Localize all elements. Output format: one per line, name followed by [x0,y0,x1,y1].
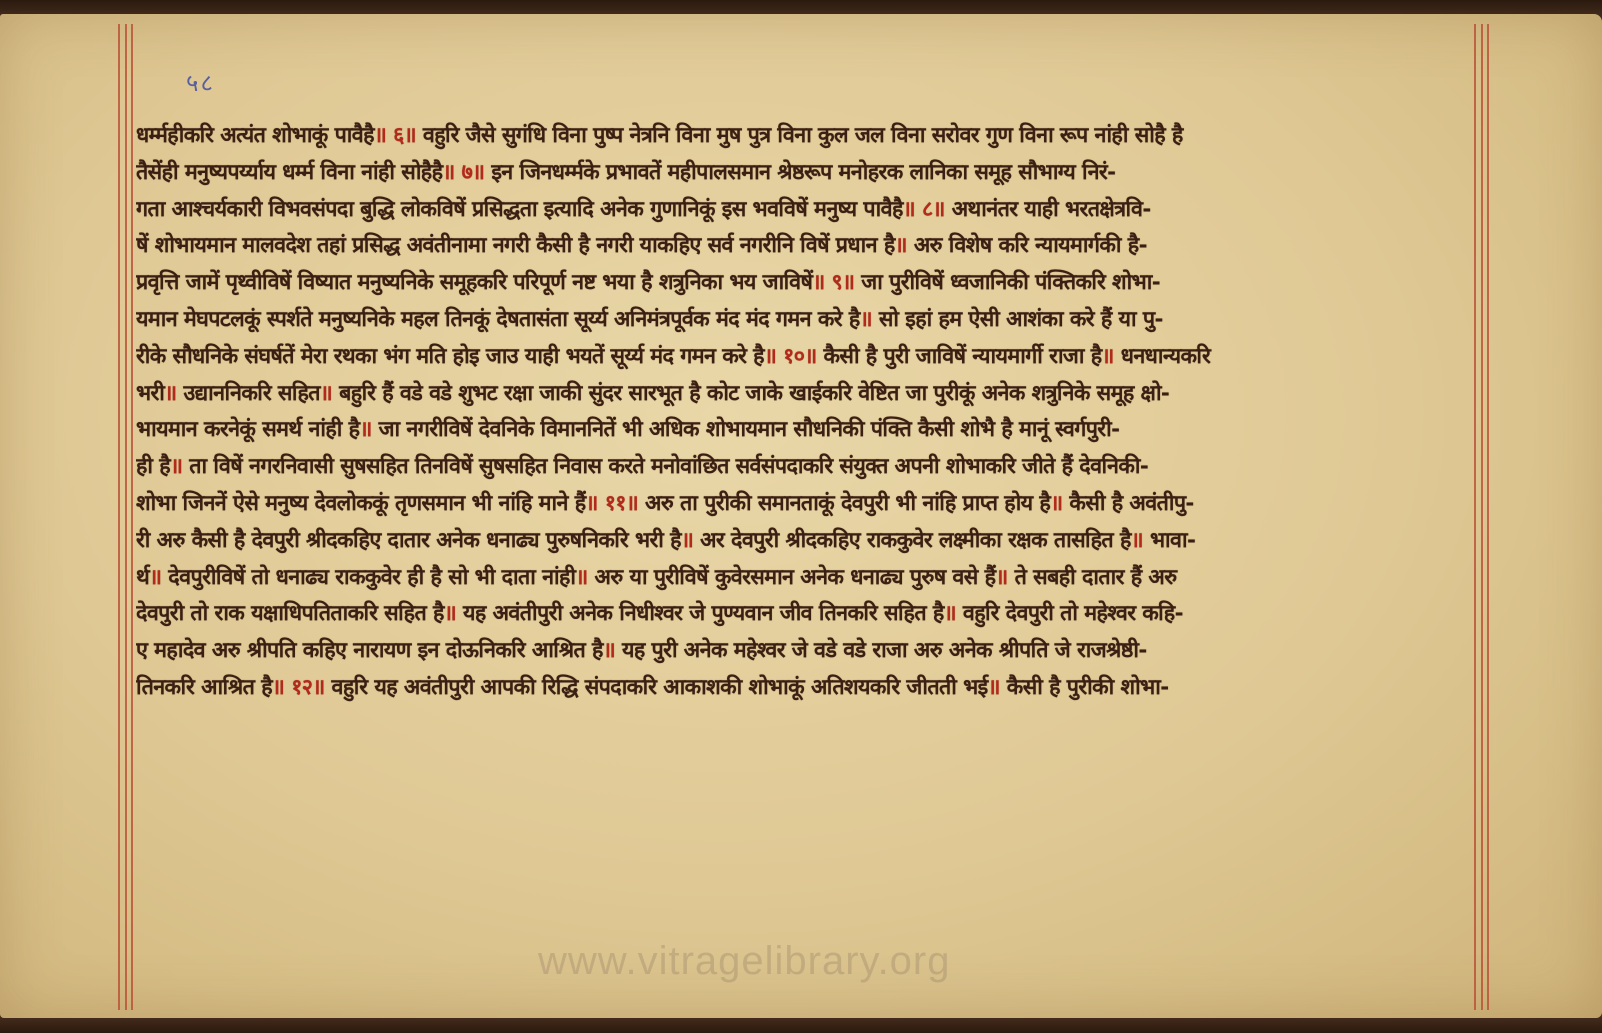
right-margin-rule-inner [1474,24,1476,1010]
verse-marker: ॥ [1102,344,1114,369]
left-margin-rule-middle [125,24,127,1010]
verse-marker: ॥ [359,417,371,442]
text-line: धर्म्महीकरि अत्यंत शोभाकूं पावैहै॥ ६॥ वह… [136,118,1472,155]
text-line: यमान मेघपटलकूं स्पर्शते मनुष्यनिके महल त… [136,302,1472,339]
verse-marker: ॥ ७॥ [442,160,484,185]
verse-marker: ॥ [1050,491,1062,516]
text-line: देवपुरी तो राक यक्षाधिपतिताकरि सहित है॥ … [136,596,1472,633]
text-line: तैसेंही मनुष्यपर्य्याय धर्म्म विना नांही… [136,155,1472,192]
left-margin-rule-outer [118,24,120,1010]
text-line: भायमान करनेकूं समर्थ नांही है॥ जा नगरीवि… [136,412,1472,449]
text-line: र्थ॥ देवपुरीविषें तो धनाढ्य राककुवेर ही … [136,560,1472,597]
left-margin-rule-inner [131,24,133,1010]
verse-marker: ॥ १२॥ [272,675,325,700]
verse-marker: ॥ [895,233,907,258]
verse-marker: ॥ [995,565,1007,590]
verse-marker: ॥ [170,454,182,479]
verse-marker: ॥ ११॥ [586,491,639,516]
verse-marker: ॥ [988,675,1000,700]
verse-marker: ॥ [860,307,872,332]
verse-marker: ॥ ६॥ [374,123,416,148]
text-line: ए महादेव अरु श्रीपति कहिए नारायण इन दोऊन… [136,633,1472,670]
verse-marker: ॥ १०॥ [764,344,817,369]
verse-marker: ॥ ९॥ [812,270,854,295]
right-margin-rule-outer [1487,24,1489,1010]
right-margin-rule-middle [1481,24,1483,1010]
verse-marker: ॥ [603,638,615,663]
text-line: री अरु कैसी है देवपुरी श्रीदकहिए दातार अ… [136,523,1472,560]
text-line: रीके सौधनिके संघर्षतें मेरा रथका भंग मति… [136,339,1472,376]
verse-marker: ॥ [681,528,693,553]
verse-marker: ॥ [1131,528,1143,553]
verse-marker: ॥ [944,601,956,626]
text-line: तिनकरि आश्रित है॥ १२॥ वहुरि यह अवंतीपुरी… [136,670,1472,707]
verse-marker: ॥ [164,381,176,406]
text-line: शोभा जिननें ऐसे मनुष्य देवलोककूं तृणसमान… [136,486,1472,523]
verse-marker: ॥ [320,381,332,406]
text-line: ही है॥ ता विषें नगरनिवासी सुषसहित तिनविष… [136,449,1472,486]
text-line: षें शोभायमान मालवदेश तहां प्रसिद्ध अवंती… [136,228,1472,265]
text-line: गता आश्चर्यकारी विभवसंपदा बुद्धि लोकविषे… [136,192,1472,229]
manuscript-page: ५८ धर्म्महीकरि अत्यंत शोभाकूं पावैहै॥ ६॥… [0,14,1602,1018]
watermark: www.vitragelibrary.org [538,939,951,984]
text-line: प्रवृत्ति जामें पृथ्वीविषें विष्यात मनुष… [136,265,1472,302]
manuscript-text-block: धर्म्महीकरि अत्यंत शोभाकूं पावैहै॥ ६॥ वह… [136,118,1472,707]
text-line: भरी॥ उद्याननिकरि सहित॥ बहुरि हैं वडे वडे… [136,376,1472,413]
verse-marker: ॥ [575,565,587,590]
verse-marker: ॥ [444,601,456,626]
verse-marker: ॥ ८॥ [903,197,945,222]
verse-marker: ॥ [149,565,161,590]
folio-number: ५८ [186,66,215,99]
